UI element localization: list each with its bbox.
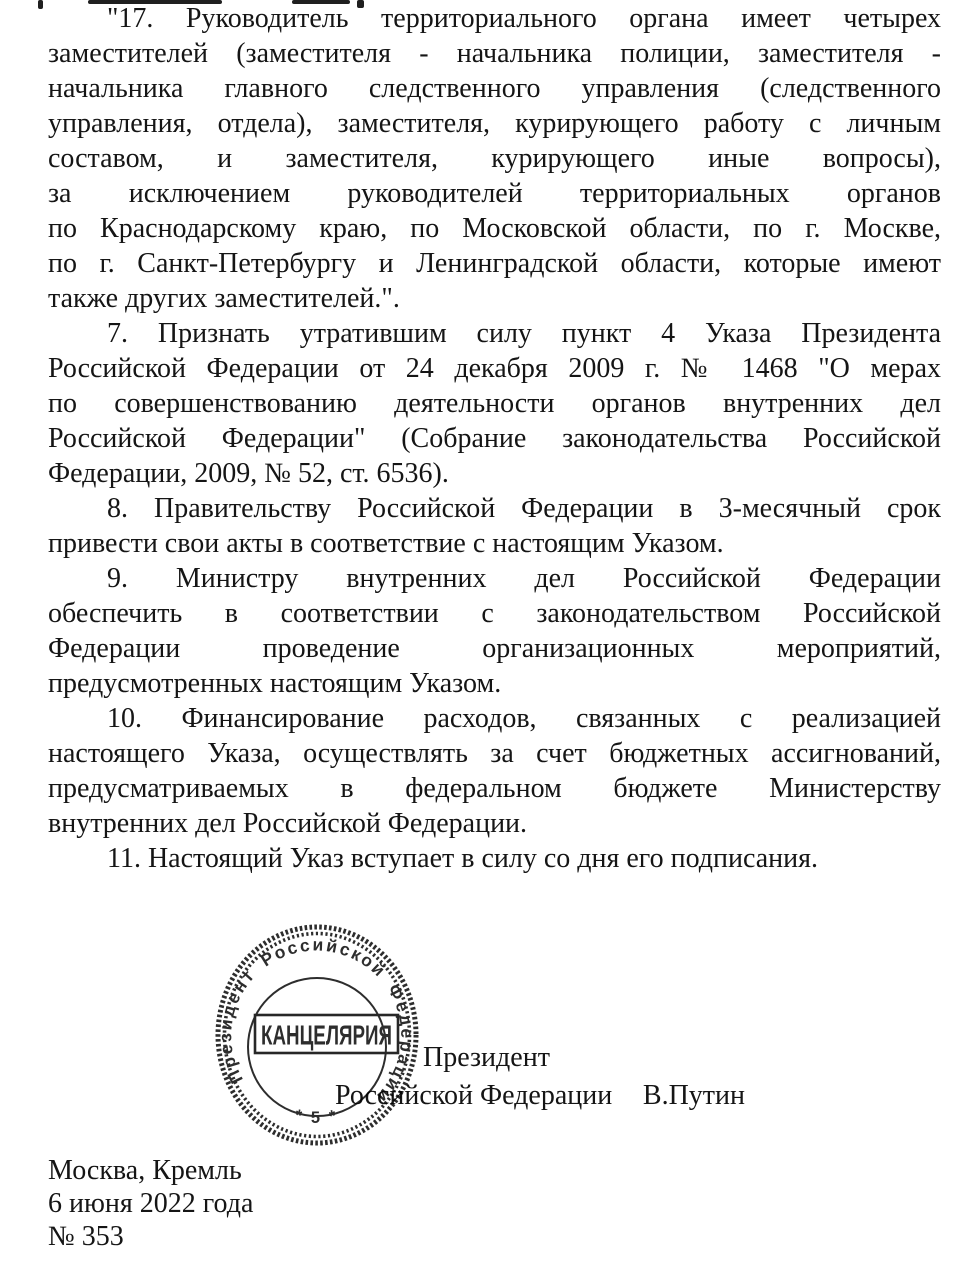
chancellery-stamp: Президент Российской Федерации * 5 * КАН…: [210, 923, 424, 1151]
decree-text-line: управления, отдела), заместителя, куриру…: [48, 106, 941, 141]
decree-text-line: по Краснодарскому краю, по Московской об…: [48, 211, 941, 246]
decree-text-line: за исключением руководителей территориал…: [48, 176, 941, 211]
decree-text-line: по совершенствованию деятельности органо…: [48, 386, 941, 421]
decree-text-line: также других заместителей.".: [48, 281, 941, 316]
issue-details: Москва, Кремль 6 июня 2022 года № 353: [48, 1154, 253, 1253]
issue-date: 6 июня 2022 года: [48, 1187, 253, 1220]
decree-page: "17. Руководитель территориального орган…: [0, 0, 958, 1280]
stamp-bottom-number: * 5 *: [293, 1106, 340, 1127]
signature-title-line1: Президент: [423, 1039, 745, 1077]
page-edge-text-fragment: [38, 0, 43, 9]
decree-text-line: 10. Финансирование расходов, связанных с…: [48, 701, 941, 736]
decree-text-line: Российской Федерации от 24 декабря 2009 …: [48, 351, 941, 386]
decree-text-line: предусмотренных настоящим Указом.: [48, 666, 941, 701]
stamp-center-text: КАНЦЕЛЯРИЯ: [261, 1020, 392, 1051]
decree-text-line: настоящего Указа, осуществлять за счет б…: [48, 736, 941, 771]
decree-text-line: предусматриваемых в федеральном бюджете …: [48, 771, 941, 806]
decree-text-line: внутренних дел Российской Федерации.: [48, 806, 941, 841]
decree-text-line: 11. Настоящий Указ вступает в силу со дн…: [48, 841, 941, 876]
decree-text-line: по г. Санкт-Петербургу и Ленинградской о…: [48, 246, 941, 281]
signature-name: В.Путин: [643, 1077, 745, 1115]
decree-text-line: "17. Руководитель территориального орган…: [48, 1, 941, 36]
decree-text-line: составом, и заместителя, курирующего ины…: [48, 141, 941, 176]
decree-body-text: "17. Руководитель территориального орган…: [48, 1, 941, 876]
decree-text-line: начальника главного следственного управл…: [48, 71, 941, 106]
decree-text-line: 8. Правительству Российской Федерации в …: [48, 491, 941, 526]
decree-text-line: заместителей (заместителя - начальника п…: [48, 36, 941, 71]
decree-text-line: обеспечить в соответствии с законодатель…: [48, 596, 941, 631]
issue-place: Москва, Кремль: [48, 1154, 253, 1187]
decree-text-line: Федерации проведение организационных мер…: [48, 631, 941, 666]
decree-text-line: привести свои акты в соответствие с наст…: [48, 526, 941, 561]
decree-text-line: 7. Признать утратившим силу пункт 4 Указ…: [48, 316, 941, 351]
decree-text-line: Федерации, 2009, № 52, ст. 6536).: [48, 456, 941, 491]
issue-number: № 353: [48, 1220, 253, 1253]
decree-text-line: Российской Федерации" (Собрание законода…: [48, 421, 941, 456]
decree-text-line: 9. Министру внутренних дел Российской Фе…: [48, 561, 941, 596]
